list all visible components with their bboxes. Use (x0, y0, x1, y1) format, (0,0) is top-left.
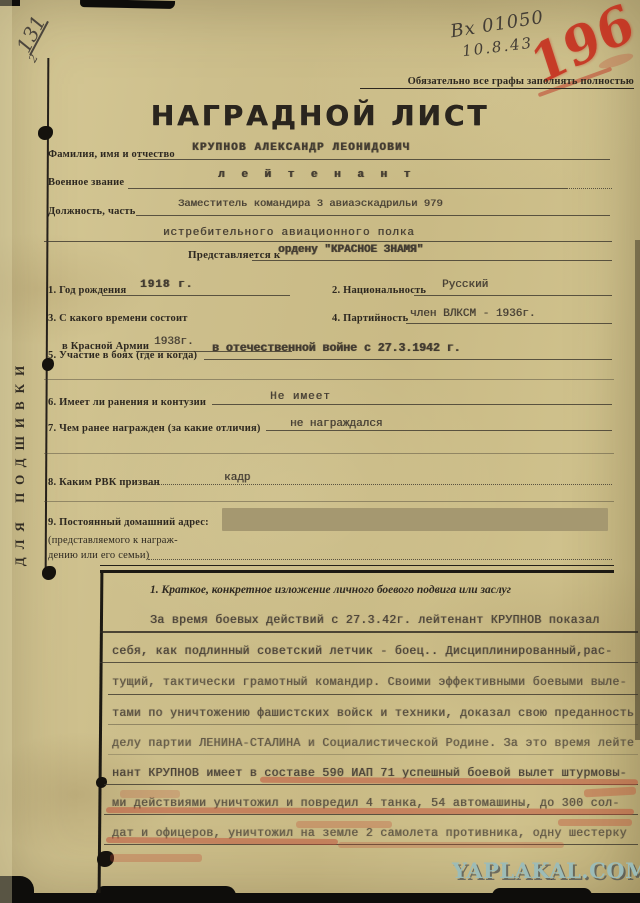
field-previous-awards-label: 7. Чем ранее награжден (за какие отличия… (48, 423, 261, 434)
citation-heading: 1. Краткое, конкретное изложение личного… (150, 584, 625, 596)
form-underline (128, 188, 566, 189)
fill-instruction: Обязательно все графы заполнять полность… (360, 76, 634, 89)
field-party-value: член ВЛКСМ - 1936г. (410, 308, 535, 320)
field-rank-label: Военное звание (48, 177, 124, 188)
citation-ruled-line (100, 662, 638, 663)
ink-blob (42, 566, 56, 580)
form-underline (148, 484, 612, 485)
form-underline (252, 260, 612, 261)
form-underline (148, 559, 612, 560)
red-pencil-mark (584, 787, 636, 798)
citation-ruled-line (100, 631, 638, 633)
ink-blob (96, 777, 107, 788)
form-underline (44, 379, 614, 380)
form-underline (212, 404, 612, 405)
form-underline (204, 359, 612, 360)
form-underline (566, 188, 612, 189)
spine-text: ДЛЯ ПОДШИВКИ (12, 332, 32, 592)
form-underline (44, 241, 612, 242)
citation-line: делу партии ЛЕНИНА-СТАЛИНА и Социалистич… (112, 737, 634, 750)
red-pencil-mark (110, 854, 202, 862)
section-divider (100, 570, 614, 573)
ink-blob (38, 126, 53, 140)
field-position-value: Заместитель командира 3 авиаэскадрильи 9… (178, 198, 443, 210)
field-nationality-value: Русский (442, 279, 488, 291)
form-underline (44, 501, 614, 502)
page-number-small-handwriting: 2 (26, 52, 41, 65)
field-wounds-label: 6. Имеет ли ранения и контузии (48, 397, 206, 408)
section-divider (100, 565, 614, 566)
page-edge (635, 240, 640, 740)
field-home-address-label3: дению или его семьи) (48, 550, 149, 561)
watermark: YAPLAKAL.COM (452, 858, 640, 883)
field-birth-year-value: 1918 г. (140, 279, 193, 291)
field-service-since-value: 1938г. (154, 336, 194, 348)
field-service-since-label: 3. С какого времени состоит (48, 313, 188, 324)
field-combat-label: 5. Участие в боях (где и когда) (48, 350, 197, 361)
red-pencil-mark (338, 842, 564, 848)
field-party-label: 4. Партийность (332, 313, 408, 324)
field-home-address-label2: (представляемого к награж- (48, 535, 178, 546)
red-pencil-mark (558, 819, 632, 826)
form-underline (266, 430, 612, 431)
field-wounds-value: Не имеет (270, 391, 331, 403)
redaction-bar (222, 508, 608, 531)
form-underline (406, 323, 612, 324)
document-title: НАГРАДНОЙ ЛИСТ (150, 99, 490, 132)
form-underline (44, 453, 614, 454)
citation-ruled-line (108, 724, 638, 725)
form-underline (102, 295, 290, 296)
citation-line: тами по уничтожению фашистских войск и т… (112, 707, 634, 720)
page-edge (492, 888, 592, 898)
citation-line: тущий, тактически грамотный командир. Св… (112, 676, 627, 689)
page-number-handwriting: 131 (12, 12, 51, 57)
field-award-value: ордену "КРАСНОЕ ЗНАМЯ" (278, 244, 423, 256)
citation-line: За время боевых действий с 27.3.42г. лей… (150, 614, 600, 627)
red-pencil-mark (120, 790, 180, 798)
field-drafted-by-value: кадр (224, 472, 250, 484)
page-edge (96, 886, 236, 898)
field-position-value-continued: истребительного авиационного полка (163, 227, 415, 239)
field-nationality-label: 2. Национальность (332, 285, 426, 296)
scanned-award-document: 131 2 Вх 01050 10.8.43 196 Обязательно в… (0, 0, 640, 903)
field-drafted-by-label: 8. Каким РВК призван (48, 477, 160, 488)
red-pencil-mark (296, 821, 392, 828)
field-position-label: Должность, часть (48, 206, 136, 217)
page-edge (80, 0, 175, 9)
field-surname-value: КРУПНОВ АЛЕКСАНДР ЛЕОНИДОВИЧ (192, 142, 410, 154)
field-previous-awards-value: не награждался (290, 418, 382, 430)
citation-left-border (98, 572, 103, 893)
citation-ruled-line (108, 754, 638, 755)
form-underline (414, 295, 612, 296)
field-rank-value: л е й т е н а н т (218, 169, 415, 181)
page-edge (0, 0, 12, 903)
form-underline (136, 215, 610, 216)
field-home-address-label: 9. Постоянный домашний адрес: (48, 517, 209, 528)
citation-ruled-line (108, 694, 638, 695)
field-combat-value: в отечественной войне с 27.3.1942 г. (212, 342, 460, 355)
form-underline (138, 159, 610, 160)
citation-line: себя, как подлинный советский летчик - б… (112, 645, 612, 658)
